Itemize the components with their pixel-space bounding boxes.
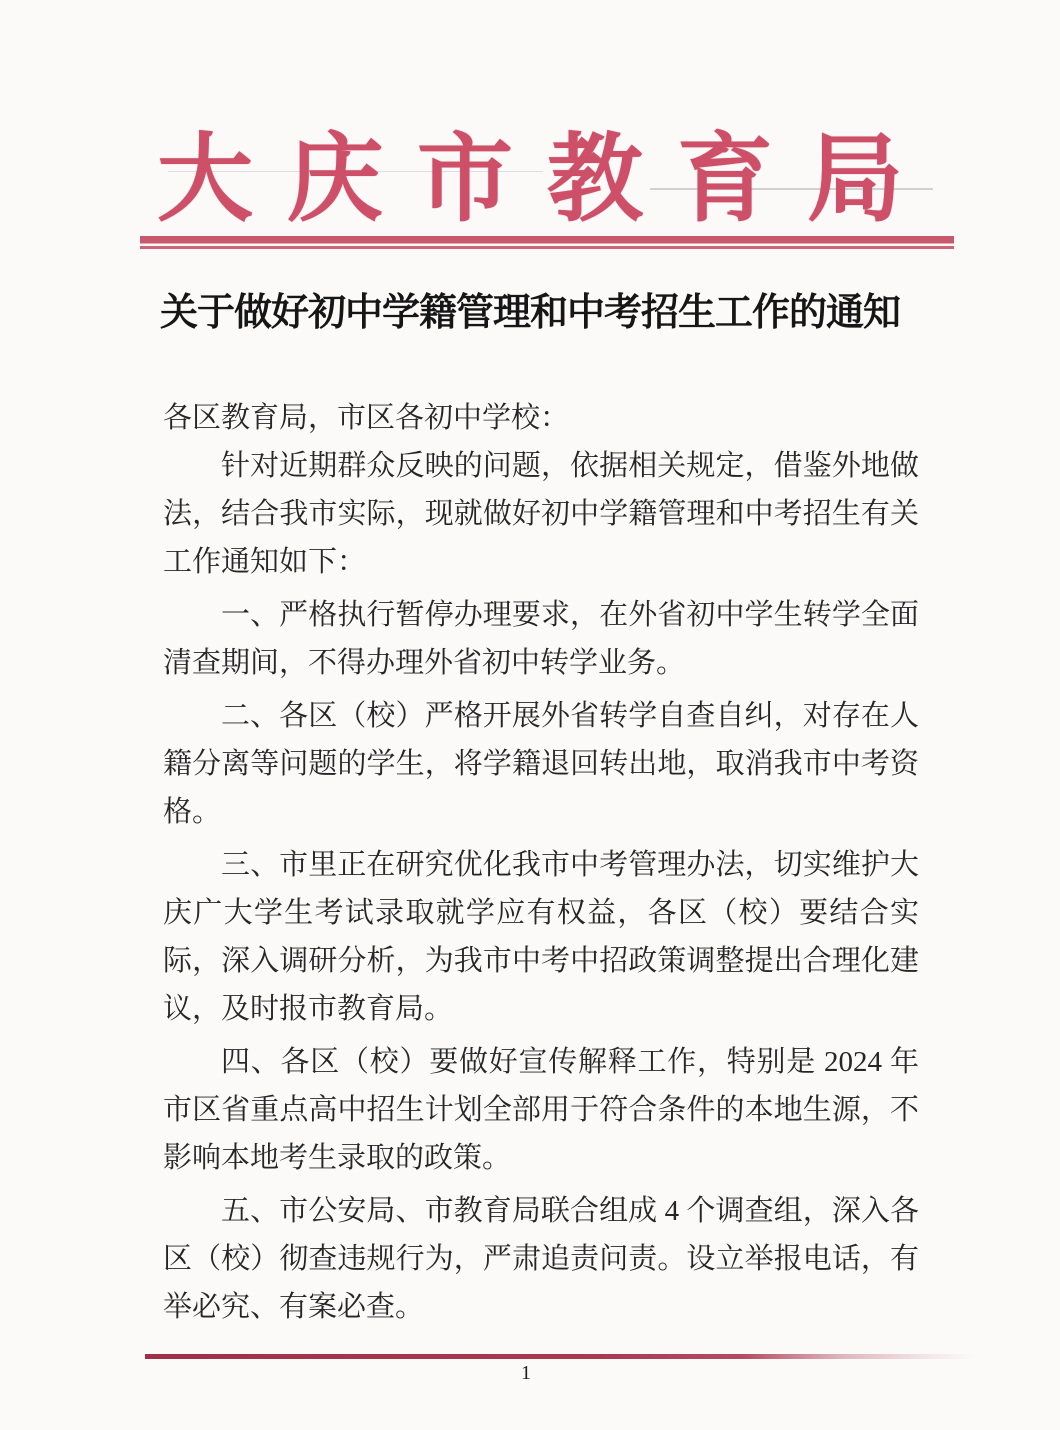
header-rule xyxy=(140,236,954,249)
document-page: 大庆市教育局 关于做好初中学籍管理和中考招生工作的通知 各区教育局，市区各初中学… xyxy=(0,0,1060,1430)
body-paragraph-item-4: 四、各区（校）要做好宣传解释工作，特别是 2024 年市区省重点高中招生计划全部… xyxy=(163,1038,919,1182)
body-paragraph-intro: 针对近期群众反映的问题，依据相关规定，借鉴外地做法，结合我市实际，现就做好初中学… xyxy=(163,442,919,586)
salutation: 各区教育局，市区各初中学校： xyxy=(163,394,919,442)
body-paragraph-item-1: 一、严格执行暂停办理要求，在外省初中学生转学全面清查期间，不得办理外省初中转学业… xyxy=(163,591,919,687)
document-title: 关于做好初中学籍管理和中考招生工作的通知 xyxy=(0,290,1060,338)
body-paragraph-item-2: 二、各区（校）严格开展外省转学自查自纠，对存在人籍分离等问题的学生，将学籍退回转… xyxy=(163,692,919,836)
document-body: 各区教育局，市区各初中学校： 针对近期群众反映的问题，依据相关规定，借鉴外地做法… xyxy=(163,394,919,1336)
page-number: 1 xyxy=(0,1360,1052,1386)
body-paragraph-item-3: 三、市里正在研究优化我市中考管理办法，切实维护大庆广大学生考试录取就学应有权益，… xyxy=(163,841,919,1033)
body-paragraph-item-5: 五、市公安局、市教育局联合组成 4 个调查组，深入各区（校）彻查违规行为，严肃追… xyxy=(163,1187,919,1331)
agency-name: 大庆市教育局 xyxy=(0,130,1060,231)
footer-rule xyxy=(145,1354,975,1359)
